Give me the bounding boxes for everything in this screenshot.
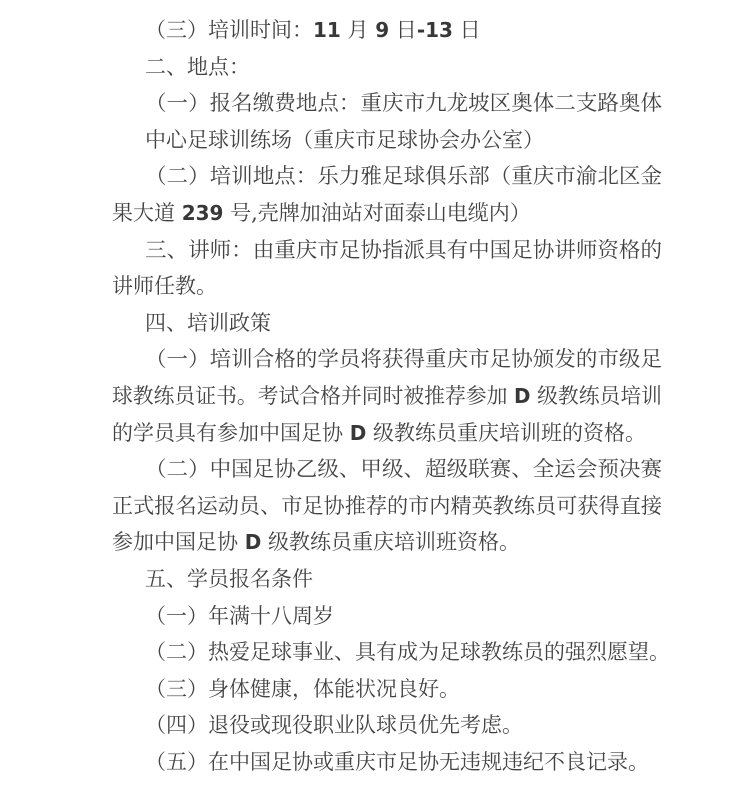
- bold-run: -13: [417, 18, 453, 42]
- text-run: （四）退役或现役职业队球员优先考虑。: [145, 713, 523, 737]
- text-run: 月: [341, 18, 375, 42]
- text-line: （一）年满十八周岁: [112, 598, 662, 635]
- document-page: （三）培训时间：11 月 9 日-13 日二、地点：（一）报名缴费地点：重庆市九…: [0, 0, 749, 792]
- bold-run: D: [514, 384, 530, 408]
- text-line-runs: （三）身体健康，体能状况良好。: [145, 671, 460, 708]
- text-run: （一）年满十八周岁: [145, 604, 334, 628]
- text-run: 中心足球训练场（重庆市足球协会办公室）: [145, 128, 544, 152]
- bold-run: 239: [182, 201, 224, 225]
- text-run: 级教练员重庆培训班的资格。: [366, 421, 646, 445]
- text-run: 级教练员培训: [531, 384, 662, 408]
- text-line-runs: （一）报名缴费地点：重庆市九龙坡区奥体二支路奥体: [145, 85, 662, 122]
- text-line-runs: 参加中国足协 D 级教练员重庆培训班资格。: [112, 524, 520, 561]
- text-line: 果大道 239 号,壳牌加油站对面泰山电缆内）: [112, 195, 662, 232]
- text-line: （二）热爱足球事业、具有成为足球教练员的强烈愿望。: [112, 634, 662, 671]
- document-body: （三）培训时间：11 月 9 日-13 日二、地点：（一）报名缴费地点：重庆市九…: [112, 12, 662, 780]
- text-run: （二）中国足协乙级、甲级、超级联赛、全运会预决赛: [145, 457, 662, 481]
- text-line-runs: 中心足球训练场（重庆市足球协会办公室）: [145, 122, 544, 159]
- text-run: 参加中国足协: [112, 530, 245, 554]
- text-line-runs: 三、讲师：由重庆市足协指派具有中国足协讲师资格的: [145, 232, 662, 269]
- text-line: 四、培训政策: [112, 305, 662, 342]
- text-line-runs: （四）退役或现役职业队球员优先考虑。: [145, 707, 523, 744]
- text-run: （三）身体健康，体能状况良好。: [145, 677, 460, 701]
- text-line: （二）中国足协乙级、甲级、超级联赛、全运会预决赛: [112, 451, 662, 488]
- text-run: （二）热爱足球事业、具有成为足球教练员的强烈愿望。: [145, 640, 670, 664]
- text-run: 二、地点：: [145, 55, 250, 79]
- text-line-runs: （一）年满十八周岁: [145, 598, 334, 635]
- text-line-runs: （一）培训合格的学员将获得重庆市足协颁发的市级足: [145, 341, 662, 378]
- text-run: 的学员具有参加中国足协: [112, 421, 350, 445]
- text-line: 参加中国足协 D 级教练员重庆培训班资格。: [112, 524, 662, 561]
- bold-run: D: [350, 421, 367, 445]
- text-line-runs: 四、培训政策: [145, 305, 271, 342]
- text-line-runs: 球教练员证书。考试合格并同时被推荐参加 D 级教练员培训: [112, 378, 662, 415]
- text-line: 的学员具有参加中国足协 D 级教练员重庆培训班的资格。: [112, 415, 662, 452]
- text-line: （四）退役或现役职业队球员优先考虑。: [112, 707, 662, 744]
- text-line-runs: 讲师任教。: [112, 268, 217, 305]
- text-line-runs: （二）培训地点：乐力雅足球俱乐部（重庆市渝北区金: [145, 158, 662, 195]
- text-line-runs: 二、地点：: [145, 49, 250, 86]
- text-run: 五、学员报名条件: [145, 567, 313, 591]
- text-run: 日: [453, 18, 481, 42]
- text-line: 五、学员报名条件: [112, 561, 662, 598]
- bold-run: 11: [313, 18, 341, 42]
- text-line: 正式报名运动员、市足协推荐的市内精英教练员可获得直接: [112, 488, 662, 525]
- text-line: 中心足球训练场（重庆市足球协会办公室）: [112, 122, 662, 159]
- bold-run: 9: [375, 18, 389, 42]
- text-line-runs: 果大道 239 号,壳牌加油站对面泰山电缆内）: [112, 195, 531, 232]
- text-line: （三）身体健康，体能状况良好。: [112, 671, 662, 708]
- text-line-runs: 正式报名运动员、市足协推荐的市内精英教练员可获得直接: [112, 488, 662, 525]
- text-run: （一）培训合格的学员将获得重庆市足协颁发的市级足: [145, 347, 662, 371]
- text-run: 日: [389, 18, 417, 42]
- text-run: （三）培训时间：: [145, 18, 313, 42]
- text-run: （五）在中国足协或重庆市足协无违规违纪不良记录。: [145, 750, 649, 774]
- text-line-runs: （二）热爱足球事业、具有成为足球教练员的强烈愿望。: [145, 634, 670, 671]
- text-run: 讲师任教。: [112, 274, 217, 298]
- text-run: 球教练员证书。考试合格并同时被推荐参加: [112, 384, 514, 408]
- bold-run: D: [245, 530, 262, 554]
- text-run: （二）培训地点：乐力雅足球俱乐部（重庆市渝北区金: [145, 164, 662, 188]
- text-run: （一）报名缴费地点：重庆市九龙坡区奥体二支路奥体: [145, 91, 662, 115]
- text-line: （一）报名缴费地点：重庆市九龙坡区奥体二支路奥体: [112, 85, 662, 122]
- text-line: 讲师任教。: [112, 268, 662, 305]
- text-run: 号,壳牌加油站对面泰山电缆内）: [223, 201, 530, 225]
- text-line-runs: （三）培训时间：11 月 9 日-13 日: [145, 12, 481, 49]
- text-run: 正式报名运动员、市足协推荐的市内精英教练员可获得直接: [112, 494, 662, 518]
- text-line-runs: （二）中国足协乙级、甲级、超级联赛、全运会预决赛: [145, 451, 662, 488]
- text-line: 球教练员证书。考试合格并同时被推荐参加 D 级教练员培训: [112, 378, 662, 415]
- text-line-runs: 五、学员报名条件: [145, 561, 313, 598]
- text-line: （一）培训合格的学员将获得重庆市足协颁发的市级足: [112, 341, 662, 378]
- text-run: 四、培训政策: [145, 311, 271, 335]
- text-line: 二、地点：: [112, 49, 662, 86]
- text-line-runs: 的学员具有参加中国足协 D 级教练员重庆培训班的资格。: [112, 415, 646, 452]
- text-line-runs: （五）在中国足协或重庆市足协无违规违纪不良记录。: [145, 744, 649, 781]
- text-line: （三）培训时间：11 月 9 日-13 日: [112, 12, 662, 49]
- text-line: 三、讲师：由重庆市足协指派具有中国足协讲师资格的: [112, 232, 662, 269]
- text-run: 级教练员重庆培训班资格。: [261, 530, 520, 554]
- text-line: （二）培训地点：乐力雅足球俱乐部（重庆市渝北区金: [112, 158, 662, 195]
- text-run: 三、讲师：由重庆市足协指派具有中国足协讲师资格的: [145, 238, 662, 262]
- text-line: （五）在中国足协或重庆市足协无违规违纪不良记录。: [112, 744, 662, 781]
- text-run: 果大道: [112, 201, 182, 225]
